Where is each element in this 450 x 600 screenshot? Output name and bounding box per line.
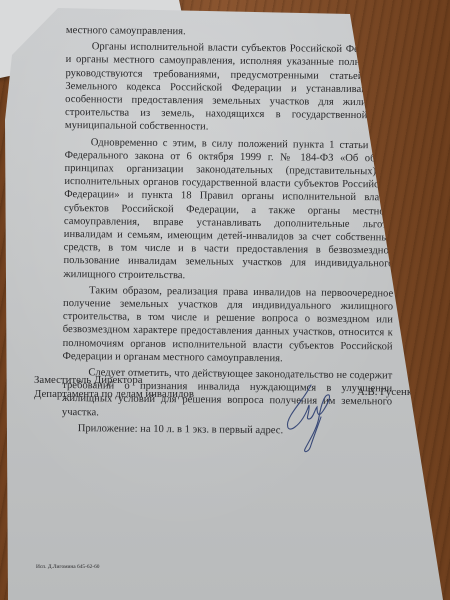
signature-block: Заместитель Директора Департамента по де…	[34, 373, 434, 401]
paragraph-continuation: местного самоуправления.	[66, 24, 396, 41]
paragraph-executive-bodies: Органы исполнительной власти субъектов Р…	[65, 40, 396, 136]
executor-contact: Исп. Д.Лигомина 645-62-60	[36, 564, 99, 570]
paragraph-conclusion: Таким образом, реализация права инвалидо…	[62, 284, 393, 367]
paragraph-federal-law: Одновременно с этим, в силу положений пу…	[63, 136, 395, 285]
handwritten-signature-icon	[283, 383, 343, 455]
